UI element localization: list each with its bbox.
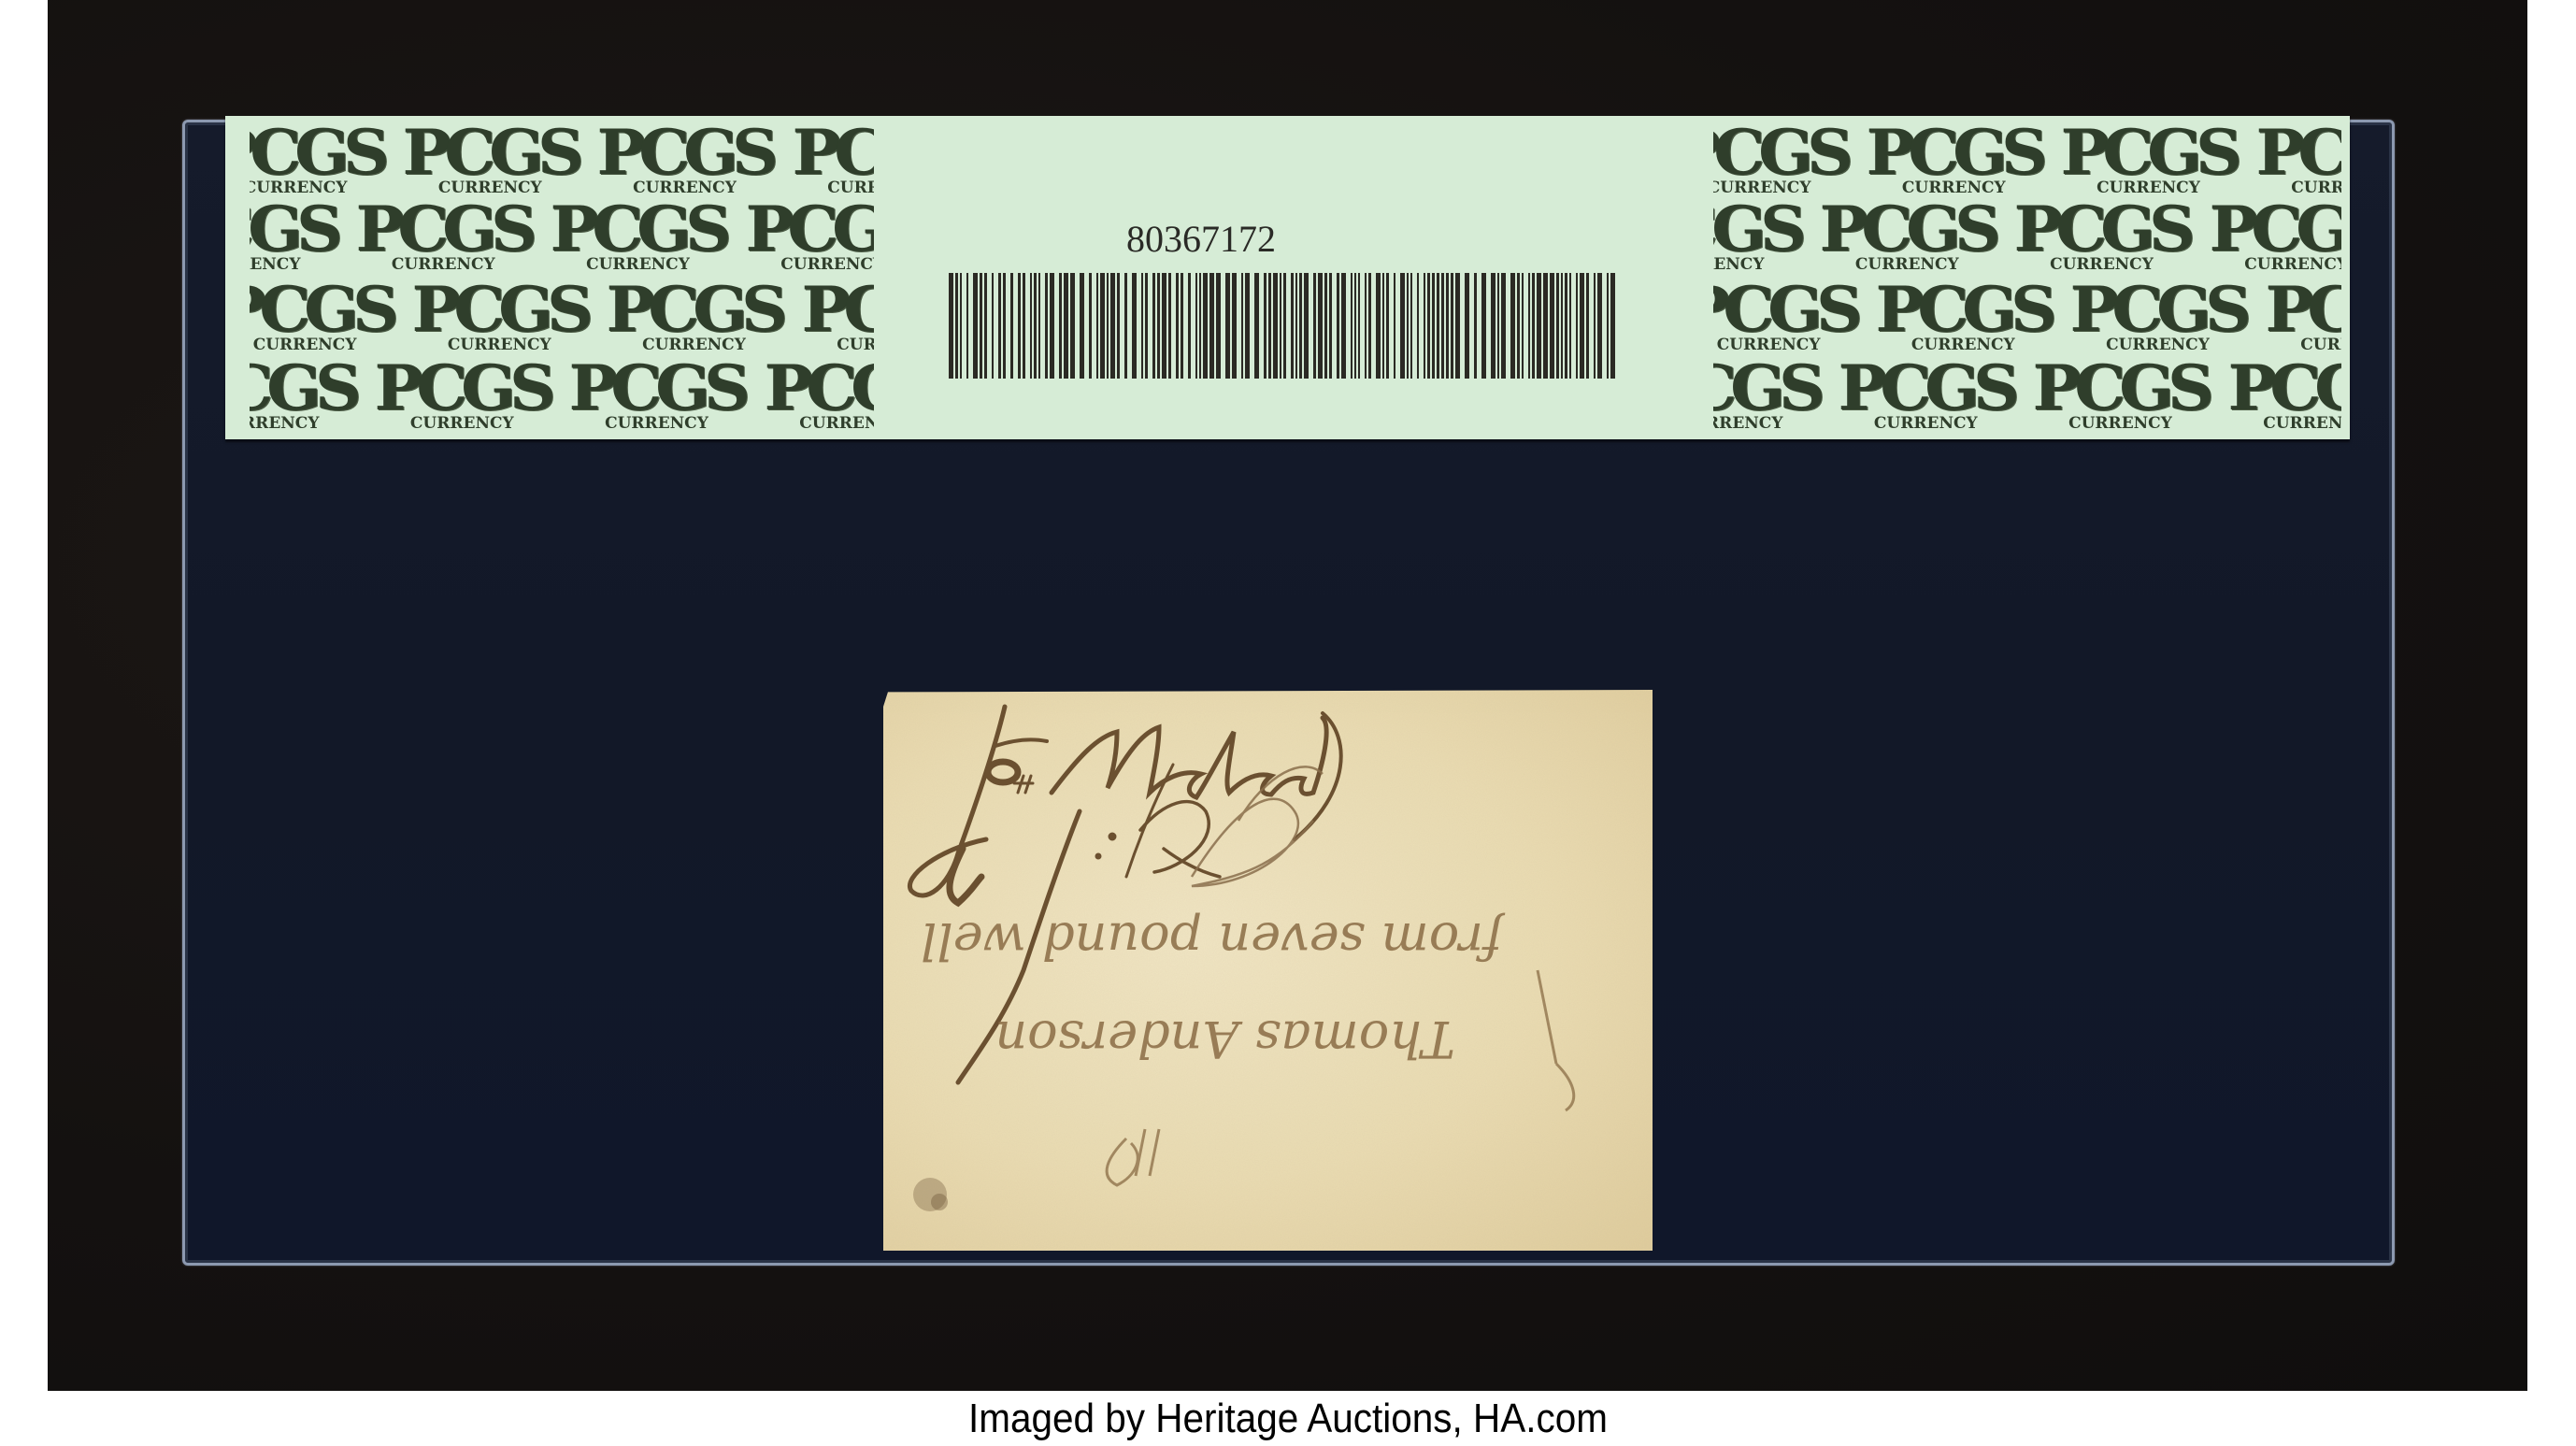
pcgs-logo-icon: PCGSCURRENCY <box>1713 361 1814 432</box>
pcgs-logo-icon: PCGSCURRENCY <box>1713 282 1852 353</box>
logo-row: PCGSCURRENCYPCGSCURRENCYPCGSCURRENCYPCGS… <box>1713 361 2341 436</box>
pcgs-logo-icon: PCGSCURRENCY <box>250 361 351 432</box>
logo-row: PCGSCURRENCYPCGSCURRENCYPCGSCURRENCYPCGS… <box>1713 282 2341 357</box>
logo-row: PCGSCURRENCYPCGSCURRENCYPCGSCURRENCYPCGS… <box>1713 202 2341 277</box>
svg-text:Thomas Anderson: Thomas Anderson <box>995 1009 1455 1068</box>
logo-row: PCGSCURRENCYPCGSCURRENCYPCGSCURRENCYPCGS… <box>1713 125 2341 200</box>
pcgs-label: PCGSCURRENCYPCGSCURRENCYPCGSCURRENCYPCGS… <box>225 116 2350 439</box>
pcgs-logo-icon: PCGSCURRENCY <box>806 282 874 353</box>
pcgs-logo-icon: PCGSCURRENCY <box>796 125 874 196</box>
pcgs-logo-icon: PCGSCURRENCY <box>1824 202 1990 273</box>
pcgs-logo-icon: PCGSCURRENCY <box>750 202 874 273</box>
logo-row: PCGSCURRENCYPCGSCURRENCYPCGSCURRENCYPCGS… <box>250 361 874 436</box>
pcgs-logo-icon: PCGSCURRENCY <box>554 202 721 273</box>
logo-row: PCGSCURRENCYPCGSCURRENCYPCGSCURRENCYPCGS… <box>250 202 874 277</box>
pcgs-logo-icon: PCGSCURRENCY <box>407 125 573 196</box>
pcgs-logo-icon: PCGSCURRENCY <box>1713 202 1796 273</box>
pcgs-logo-icon: PCGSCURRENCY <box>250 202 332 273</box>
pcgs-logo-icon: PCGSCURRENCY <box>2260 125 2341 196</box>
pcgs-logo-icon: PCGSCURRENCY <box>2269 282 2341 353</box>
pcgs-logo-icon: PCGSCURRENCY <box>2213 202 2341 273</box>
pcgs-logo-icon: PCGSCURRENCY <box>1842 361 2009 432</box>
pcgs-logo-icon: PCGSCURRENCY <box>250 125 379 196</box>
pcgs-logo-icon: PCGSCURRENCY <box>1870 125 2037 196</box>
logo-row: PCGSCURRENCYPCGSCURRENCYPCGSCURRENCYPCGS… <box>250 282 874 357</box>
pcgs-logo-icon: PCGSCURRENCY <box>250 282 388 353</box>
pcgs-logo-pattern-left: PCGSCURRENCYPCGSCURRENCYPCGSCURRENCYPCGS… <box>250 116 874 439</box>
image-credit-caption: Imaged by Heritage Auctions, HA.com <box>103 1391 2473 1446</box>
pcgs-logo-pattern-right: PCGSCURRENCYPCGSCURRENCYPCGSCURRENCYPCGS… <box>1713 116 2341 439</box>
pcgs-logo-icon: PCGSCURRENCY <box>416 282 582 353</box>
pcgs-logo-icon: PCGSCURRENCY <box>768 361 874 432</box>
pcgs-logo-icon: PCGSCURRENCY <box>610 282 777 353</box>
currency-note-back: from seven pound well Thomas Anderson <box>883 690 1653 1251</box>
pcgs-logo-icon: PCGSCURRENCY <box>1880 282 2046 353</box>
pcgs-logo-icon: PCGSCURRENCY <box>360 202 526 273</box>
pcgs-logo-icon: PCGSCURRENCY <box>2074 282 2240 353</box>
logo-row: PCGSCURRENCYPCGSCURRENCYPCGSCURRENCYPCGS… <box>250 125 874 200</box>
certification-number: 80367172 <box>977 217 1425 261</box>
pcgs-logo-icon: PCGSCURRENCY <box>379 361 545 432</box>
svg-text:from seven pound well: from seven pound well <box>921 911 1506 970</box>
pcgs-logo-icon: PCGSCURRENCY <box>2065 125 2231 196</box>
handwritten-endorsement: from seven pound well Thomas Anderson <box>883 690 1653 1251</box>
pcgs-logo-icon: PCGSCURRENCY <box>1713 125 1842 196</box>
pcgs-logo-icon: PCGSCURRENCY <box>601 125 767 196</box>
pcgs-logo-icon: PCGSCURRENCY <box>2232 361 2341 432</box>
barcode-icon <box>949 273 1616 379</box>
pcgs-logo-icon: PCGSCURRENCY <box>2037 361 2203 432</box>
pcgs-logo-icon: PCGSCURRENCY <box>573 361 739 432</box>
pcgs-logo-icon: PCGSCURRENCY <box>2018 202 2184 273</box>
